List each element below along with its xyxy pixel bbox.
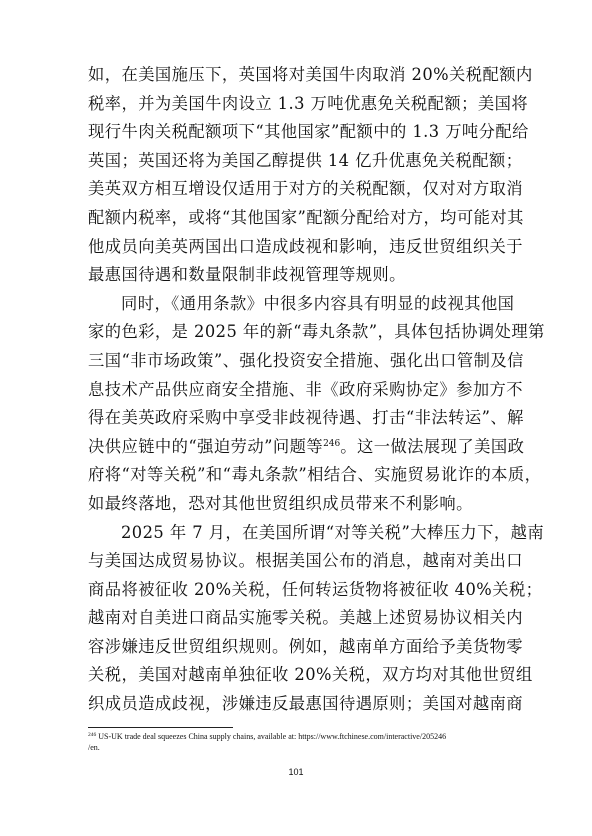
text-line: 如，在美国施压下，英国将对美国牛肉取消 20%关税配额内: [88, 61, 504, 90]
text-line: 2025 年 7 月，在美国所谓“对等关税”大棒压力下，越南: [88, 519, 504, 548]
footnote-divider: [88, 727, 233, 728]
text-line: 他成员向美英两国出口造成歧视和影响，违反世贸组织关于: [88, 233, 504, 262]
text-line: 最惠国待遇和数量限制非歧视管理等规则。: [88, 261, 504, 290]
text-line: 家的色彩，是 2025 年的新“毒丸条款”，具体包括协调处理第: [88, 318, 504, 347]
text-line: 美英双方相互增设仅适用于对方的关税配额，仅对对方取消: [88, 175, 504, 204]
text-line: 现行牛肉关税配额项下“其他国家”配额中的 1.3 万吨分配给: [88, 118, 504, 147]
text-line: 英国；英国还将为美国乙醇提供 14 亿升优惠免关税配额；: [88, 147, 504, 176]
text-segment: 。这一做法展现了美国政: [340, 437, 524, 456]
text-line: 府将“对等关税”和“毒丸条款”相结合、实施贸易讹诈的本质，: [88, 461, 504, 490]
text-line: 三国“非市场政策”、强化投资安全措施、强化出口管制及信: [88, 347, 504, 376]
footnote-number: 246: [88, 732, 96, 738]
text-line-with-footnote: 决供应链中的“强迫劳动”问题等246。这一做法展现了美国政: [88, 433, 504, 462]
body-text: 如，在美国施压下，英国将对美国牛肉取消 20%关税配额内 税率，并为美国牛肉设立…: [88, 61, 504, 719]
text-line: 与美国达成贸易协议。根据美国公布的消息，越南对美出口: [88, 547, 504, 576]
footnote-reference[interactable]: 246: [323, 439, 340, 449]
footnote-continuation[interactable]: /en.: [88, 743, 100, 752]
page-number: 101: [0, 767, 592, 777]
text-line: 容涉嫌违反世贸组织规则。例如，越南单方面给予美货物零: [88, 633, 504, 662]
text-line: 织成员造成歧视，涉嫌违反最惠国待遇原则；美国对越南商: [88, 690, 504, 719]
footnote: 246 US-UK trade deal squeezes China supp…: [88, 731, 508, 753]
text-line: 商品将被征收 20%关税，任何转运货物将被征收 40%关税；: [88, 576, 504, 605]
text-line: 关税，美国对越南单独征收 20%关税，双方均对其他世贸组: [88, 661, 504, 690]
text-line: 越南对自美进口商品实施零关税。美越上述贸易协议相关内: [88, 604, 504, 633]
text-line: 配额内税率，或将“其他国家”配额分配给对方，均可能对其: [88, 204, 504, 233]
text-segment: 决供应链中的“强迫劳动”问题等: [88, 437, 323, 456]
text-line: 税率，并为美国牛肉设立 1.3 万吨优惠免关税配额；美国将: [88, 90, 504, 119]
text-line: 同时，《通用条款》中很多内容具有明显的歧视其他国: [88, 290, 504, 319]
document-page: 如，在美国施压下，英国将对美国牛肉取消 20%关税配额内 税率，并为美国牛肉设立…: [0, 0, 592, 836]
text-line: 如最终落地，恐对其他世贸组织成员带来不利影响。: [88, 490, 504, 519]
text-line: 息技术产品供应商安全措施、非《政府采购协定》参加方不: [88, 376, 504, 405]
footnote-text[interactable]: US-UK trade deal squeezes China supply c…: [98, 732, 446, 741]
text-line: 得在美英政府采购中享受非歧视待遇、打击“非法转运”、解: [88, 404, 504, 433]
